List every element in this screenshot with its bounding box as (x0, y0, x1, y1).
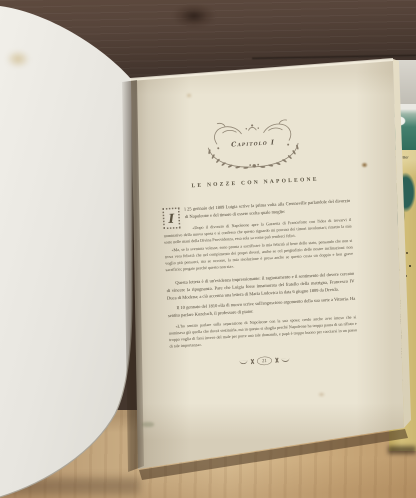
flourish-curl-icon (239, 360, 247, 364)
book-photo-scene: wels e Ber IL MATTINO DEI MAGHI Mond (0, 0, 416, 498)
flourish-x-icon (274, 357, 279, 363)
foxing-stain (318, 392, 325, 397)
page-content: Capitolo I LE NOZZE CON NAPOLEONE Il 25 … (146, 86, 360, 410)
quote-block: «L'ho sentito parlare sulla separazione … (168, 314, 357, 350)
drop-cap-initial: I (162, 207, 180, 229)
text-column: Il 25 gennaio del 1809 Luigia scrive la … (162, 197, 358, 370)
flourish-curl-icon (281, 358, 289, 362)
foxing-stain (142, 422, 154, 427)
foxing-stain (361, 162, 368, 168)
page-number-frame: 21 (257, 356, 272, 365)
page-number-ornament: 21 (170, 352, 358, 370)
page-number: 21 (262, 358, 267, 363)
paragraph-intro-text: l 25 gennaio del 1809 Luigia scrive la p… (184, 198, 350, 219)
page-title: LE NOZZE CON NAPOLEONE (149, 174, 361, 192)
flourish-x-icon (250, 359, 255, 365)
foxing-stain (186, 93, 192, 98)
foxing-stain (6, 50, 30, 68)
chapter-ornament: Capitolo I (199, 118, 308, 175)
